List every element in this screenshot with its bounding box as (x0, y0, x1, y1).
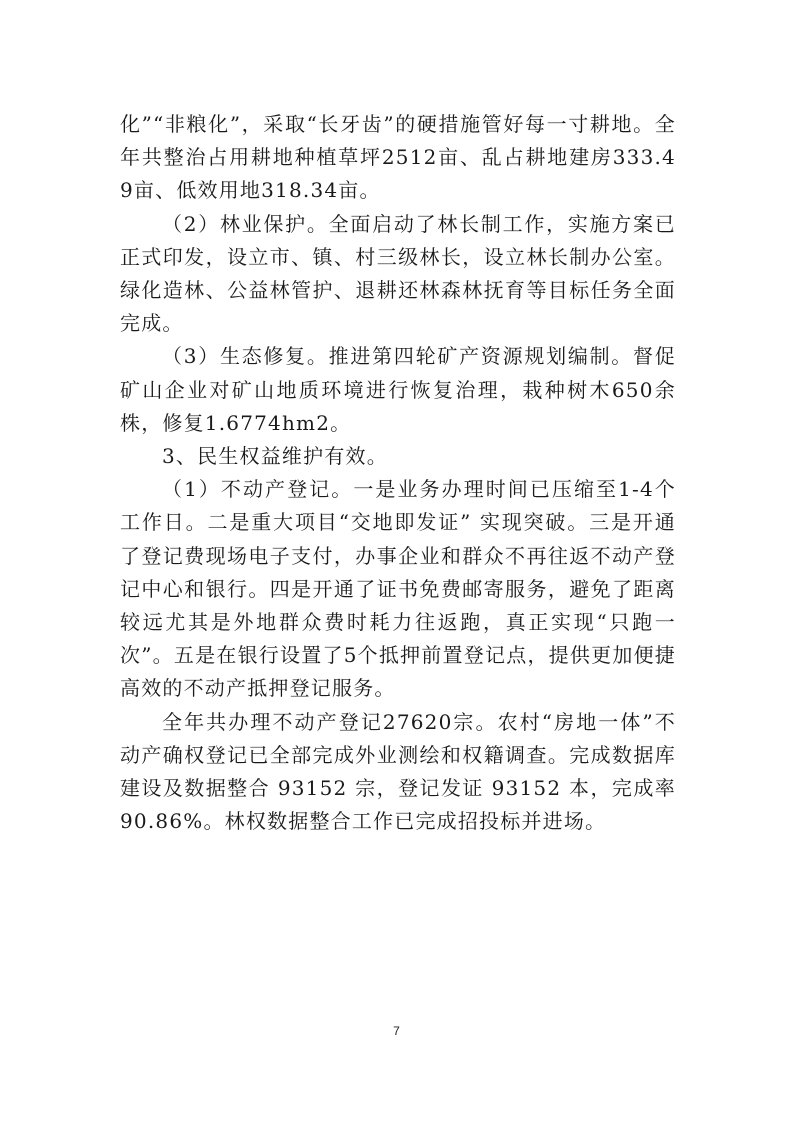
paragraph-forestry-protection: （2）林业保护。全面启动了林长制工作，实施方案已正式印发，设立市、镇、村三级林长… (120, 208, 676, 341)
section-heading-livelihood-rights: 3、民生权益维护有效。 (120, 440, 676, 473)
document-body: 化”“非粮化”，采取“长牙齿”的硬措施管好每一寸耕地。全年共整治占用耕地种植草坪… (120, 108, 676, 838)
paragraph-ecological-restoration: （3）生态修复。推进第四轮矿产资源规划编制。督促矿山企业对矿山地质环境进行恢复治… (120, 340, 676, 440)
paragraph-farmland-remediation: 化”“非粮化”，采取“长牙齿”的硬措施管好每一寸耕地。全年共整治占用耕地种植草坪… (120, 108, 676, 208)
document-page: 化”“非粮化”，采取“长牙齿”的硬措施管好每一寸耕地。全年共整治占用耕地种植草坪… (0, 0, 793, 1122)
paragraph-real-estate-registration: （1）不动产登记。一是业务办理时间已压缩至1-4个工作日。二是重大项目“交地即发… (120, 473, 676, 705)
paragraph-annual-registration-summary: 全年共办理不动产登记27620宗。农村“房地一体”不动产确权登记已全部完成外业测… (120, 706, 676, 839)
page-number: 7 (0, 1024, 793, 1038)
